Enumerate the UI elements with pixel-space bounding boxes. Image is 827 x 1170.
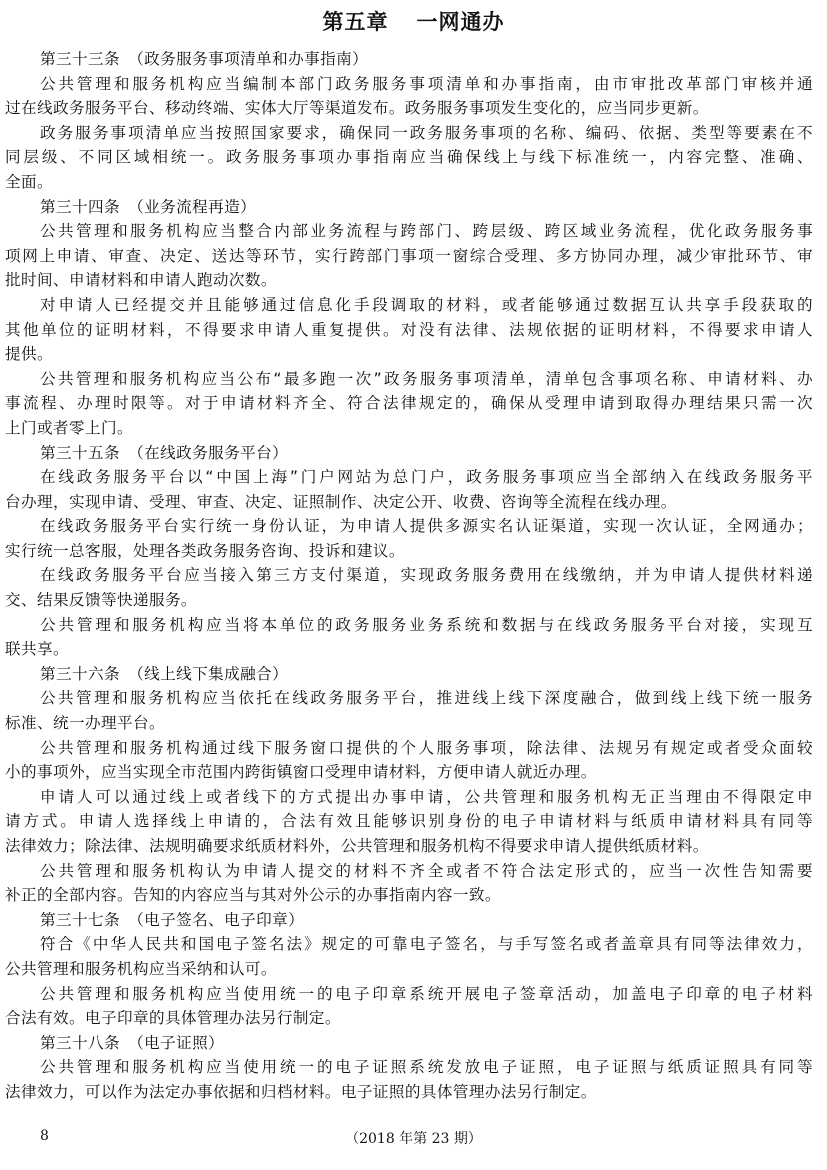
article-heading: 第三十七条 （电子签名、电子印章） (5, 908, 813, 933)
paragraph-line: 项网上申请、审查、决定、送达等环节，实行跨部门事项一窗综合受理、多方协同办理，减… (5, 244, 813, 269)
paragraph-line: 事流程、办理时限等。对于申请材料齐全、符合法律规定的，确保从受理申请到取得办理结… (5, 391, 813, 416)
paragraph-line: 在线政务服务平台应当接入第三方支付渠道，实现政务服务费用在线缴纳，并为申请人提供… (5, 563, 813, 588)
paragraph-line: 提供。 (5, 342, 813, 367)
paragraph-line: 公共管理和服务机构应当使用统一的电子印章系统开展电子签章活动，加盖电子印章的电子… (5, 982, 813, 1007)
paragraph-line: 公共管理和服务机构认为申请人提交的材料不齐全或者不符合法定形式的，应当一次性告知… (5, 859, 813, 884)
paragraph-line: 联共享。 (5, 637, 813, 662)
paragraph-line: 政务服务事项清单应当按照国家要求，确保同一政务服务事项的名称、编码、依据、类型等… (5, 121, 813, 146)
paragraph-line: 在线政务服务平台以“中国上海”门户网站为总门户，政务服务事项应当全部纳入在线政务… (5, 465, 813, 490)
paragraph-line: 全面。 (5, 170, 813, 195)
chapter-number: 第五章 (323, 10, 389, 34)
paragraph-line: 公共管理和服务机构通过线下服务窗口提供的个人服务事项，除法律、法规另有规定或者受… (5, 736, 813, 761)
paragraph-line: 公共管理和服务机构应当使用统一的电子证照系统发放电子证照，电子证照与纸质证照具有… (5, 1055, 813, 1080)
paragraph-line: 上门或者零上门。 (5, 416, 813, 441)
paragraph-line: 公共管理和服务机构应当依托在线政务服务平台，推进线上线下深度融合，做到线上线下统… (5, 686, 813, 711)
paragraph-line: 法律效力；除法律、法规明确要求纸质材料外，公共管理和服务机构不得要求申请人提供纸… (5, 834, 813, 859)
document-page: 第五章一网通办 第三十三条 （政务服务事项清单和办事指南）公共管理和服务机构应当… (0, 0, 827, 1170)
paragraph-line: 过在线政务服务平台、移动终端、实体大厅等渠道发布。政务服务事项发生变化的，应当同… (5, 96, 813, 121)
article-heading: 第三十六条 （线上线下集成融合） (5, 662, 813, 687)
paragraph-line: 其他单位的证明材料，不得要求申请人重复提供。对没有法律、法规依据的证明材料，不得… (5, 318, 813, 343)
chapter-title: 第五章一网通办 (0, 8, 827, 36)
paragraph-line: 公共管理和服务机构应当采纳和认可。 (5, 957, 813, 982)
paragraph-line: 同层级、不同区域相统一。政务服务事项办事指南应当确保线上与线下标准统一，内容完整… (5, 145, 813, 170)
paragraph-line: 对申请人已经提交并且能够通过信息化手段调取的材料，或者能够通过数据互认共享手段获… (5, 293, 813, 318)
paragraph-line: 交、结果反馈等快递服务。 (5, 588, 813, 613)
paragraph-line: 小的事项外，应当实现全市范围内跨街镇窗口受理申请材料，方便申请人就近办理。 (5, 760, 813, 785)
paragraph-line: 合法有效。电子印章的具体管理办法另行制定。 (5, 1006, 813, 1031)
paragraph-line: 批时间、申请材料和申请人跑动次数。 (5, 268, 813, 293)
paragraph-line: 在线政务服务平台实行统一身份认证，为申请人提供多源实名认证渠道，实现一次认证，全… (5, 514, 813, 539)
paragraph-line: 公共管理和服务机构应当整合内部业务流程与跨部门、跨层级、跨区域业务流程，优化政务… (5, 219, 813, 244)
paragraph-line: 补正的全部内容。告知的内容应当与其对外公示的办事指南内容一致。 (5, 883, 813, 908)
page-footer: 8 （2018 年第 23 期） (0, 1128, 827, 1150)
article-heading: 第三十四条 （业务流程再造） (5, 195, 813, 220)
paragraph-line: 请方式。申请人选择线上申请的，合法有效且能够识别身份的电子申请材料与纸质申请材料… (5, 809, 813, 834)
issue-label: （2018 年第 23 期） (0, 1128, 827, 1148)
paragraph-line: 公共管理和服务机构应当公布“最多跑一次”政务服务事项清单，清单包含事项名称、申请… (5, 367, 813, 392)
chapter-name: 一网通办 (417, 10, 505, 34)
document-body: 第三十三条 （政务服务事项清单和办事指南）公共管理和服务机构应当编制本部门政务服… (5, 47, 813, 1105)
article-heading: 第三十八条 （电子证照） (5, 1031, 813, 1056)
paragraph-line: 标准、统一办理平台。 (5, 711, 813, 736)
paragraph-line: 台办理，实现申请、受理、审查、决定、证照制作、决定公开、收费、咨询等全流程在线办… (5, 490, 813, 515)
paragraph-line: 公共管理和服务机构应当将本单位的政务服务业务系统和数据与在线政务服务平台对接，实… (5, 613, 813, 638)
article-heading: 第三十三条 （政务服务事项清单和办事指南） (5, 47, 813, 72)
paragraph-line: 申请人可以通过线上或者线下的方式提出办事申请，公共管理和服务机构无正当理由不得限… (5, 785, 813, 810)
paragraph-line: 符合《中华人民共和国电子签名法》规定的可靠电子签名，与手写签名或者盖章具有同等法… (5, 932, 813, 957)
paragraph-line: 法律效力，可以作为法定办事依据和归档材料。电子证照的具体管理办法另行制定。 (5, 1080, 813, 1105)
paragraph-line: 公共管理和服务机构应当编制本部门政务服务事项清单和办事指南，由市审批改革部门审核… (5, 72, 813, 97)
article-heading: 第三十五条 （在线政务服务平台） (5, 441, 813, 466)
paragraph-line: 实行统一总客服，处理各类政务服务咨询、投诉和建议。 (5, 539, 813, 564)
